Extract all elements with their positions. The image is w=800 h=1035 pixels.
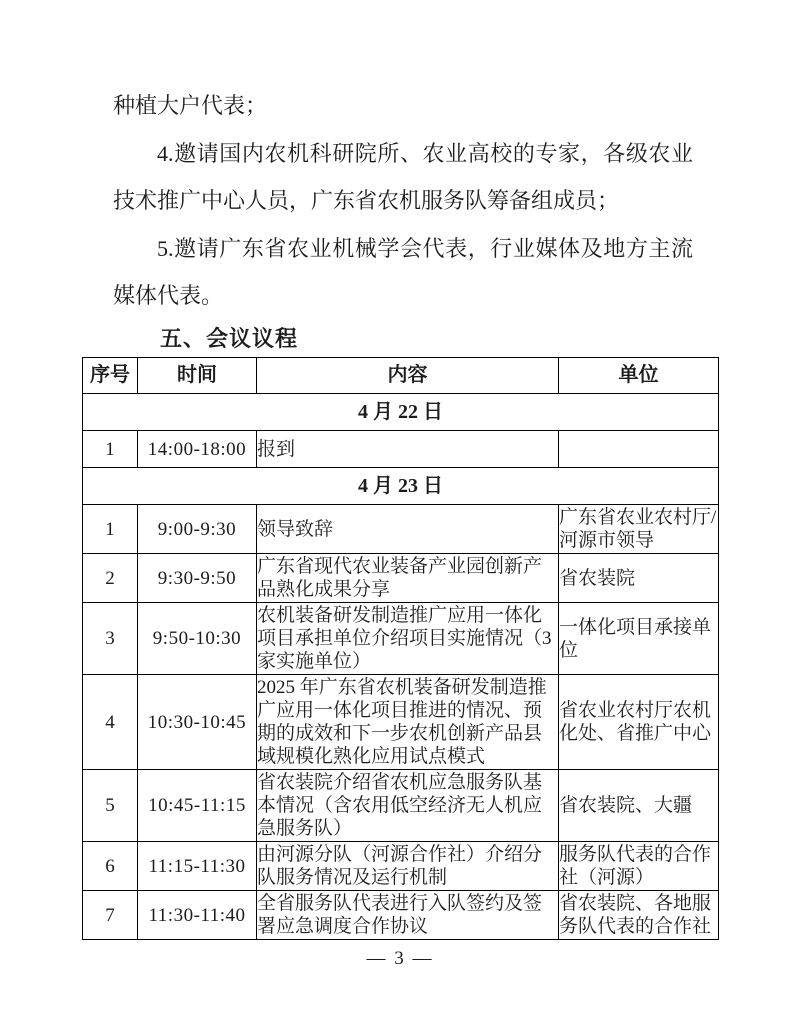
- agenda-table-body: 序号时间内容单位4 月 22 日114:00-18:00报到4 月 23 日19…: [83, 358, 719, 940]
- unit-cell: [559, 431, 719, 468]
- agenda-row: 410:30-10:452025 年广东省农机装备研发制造推广应用一体化项目推进…: [83, 675, 719, 770]
- row-number-cell: 7: [83, 891, 138, 940]
- unit-cell: 服务队代表的合作社（河源）: [559, 842, 719, 891]
- agenda-row: 39:50-10:30农机装备研发制造推广应用一体化项目承担单位介绍项目实施情况…: [83, 603, 719, 675]
- time-cell: 11:15-11:30: [138, 842, 257, 891]
- row-number-cell: 4: [83, 675, 138, 770]
- content-cell: 由河源分队（河源合作社）介绍分队服务情况及运行机制: [257, 842, 559, 891]
- column-header: 单位: [559, 358, 719, 394]
- time-cell: 9:30-9:50: [138, 554, 257, 603]
- document-page: 种植大户代表；4.邀请国内农机科研院所、农业高校的专家，各级农业技术推广中心人员…: [0, 0, 800, 1035]
- table-header-row: 序号时间内容单位: [83, 358, 719, 394]
- agenda-table: 序号时间内容单位4 月 22 日114:00-18:00报到4 月 23 日19…: [82, 357, 719, 940]
- agenda-row: 611:15-11:30由河源分队（河源合作社）介绍分队服务情况及运行机制服务队…: [83, 842, 719, 891]
- agenda-row: 711:30-11:40全省服务队代表进行入队签约及签署应急调度合作协议省农装院…: [83, 891, 719, 940]
- row-number-cell: 5: [83, 770, 138, 842]
- content-cell: 全省服务队代表进行入队签约及签署应急调度合作协议: [257, 891, 559, 940]
- agenda-row: 114:00-18:00报到: [83, 431, 719, 468]
- content-cell: 领导致辞: [257, 505, 559, 554]
- column-header: 内容: [257, 358, 559, 394]
- row-number-cell: 1: [83, 505, 138, 554]
- content-cell: 2025 年广东省农机装备研发制造推广应用一体化项目推进的情况、预期的成效和下一…: [257, 675, 559, 770]
- paragraph: 种植大户代表；: [113, 82, 693, 130]
- column-header: 序号: [83, 358, 138, 394]
- column-header: 时间: [138, 358, 257, 394]
- section-title: 五、会议议程: [160, 327, 298, 351]
- unit-cell: 省农装院、大疆: [559, 770, 719, 842]
- unit-cell: 广东省农业农村厅/河源市领导: [559, 505, 719, 554]
- date-label: 4 月 22 日: [83, 394, 719, 431]
- paragraph: 4.邀请国内农机科研院所、农业高校的专家，各级农业技术推广中心人员，广东省农机服…: [113, 130, 693, 225]
- unit-cell: 一体化项目承接单位: [559, 603, 719, 675]
- row-number-cell: 2: [83, 554, 138, 603]
- time-cell: 9:00-9:30: [138, 505, 257, 554]
- agenda-row: 19:00-9:30领导致辞广东省农业农村厅/河源市领导: [83, 505, 719, 554]
- page-number: — 3 —: [0, 948, 800, 970]
- date-label: 4 月 23 日: [83, 468, 719, 505]
- unit-cell: 省农业农村厅农机化处、省推广中心: [559, 675, 719, 770]
- intro-paragraphs: 种植大户代表；4.邀请国内农机科研院所、农业高校的专家，各级农业技术推广中心人员…: [113, 82, 693, 320]
- content-cell: 农机装备研发制造推广应用一体化项目承担单位介绍项目实施情况（3 家实施单位）: [257, 603, 559, 675]
- date-separator-row: 4 月 23 日: [83, 468, 719, 505]
- time-cell: 10:30-10:45: [138, 675, 257, 770]
- unit-cell: 省农装院、各地服务队代表的合作社: [559, 891, 719, 940]
- unit-cell: 省农装院: [559, 554, 719, 603]
- content-cell: 广东省现代农业装备产业园创新产品熟化成果分享: [257, 554, 559, 603]
- row-number-cell: 3: [83, 603, 138, 675]
- content-cell: 省农装院介绍省农机应急服务队基本情况（含农用低空经济无人机应急服务队）: [257, 770, 559, 842]
- time-cell: 14:00-18:00: [138, 431, 257, 468]
- row-number-cell: 6: [83, 842, 138, 891]
- time-cell: 11:30-11:40: [138, 891, 257, 940]
- agenda-row: 510:45-11:15省农装院介绍省农机应急服务队基本情况（含农用低空经济无人…: [83, 770, 719, 842]
- agenda-row: 29:30-9:50广东省现代农业装备产业园创新产品熟化成果分享省农装院: [83, 554, 719, 603]
- row-number-cell: 1: [83, 431, 138, 468]
- paragraph: 5.邀请广东省农业机械学会代表，行业媒体及地方主流媒体代表。: [113, 225, 693, 320]
- time-cell: 9:50-10:30: [138, 603, 257, 675]
- content-cell: 报到: [257, 431, 559, 468]
- date-separator-row: 4 月 22 日: [83, 394, 719, 431]
- time-cell: 10:45-11:15: [138, 770, 257, 842]
